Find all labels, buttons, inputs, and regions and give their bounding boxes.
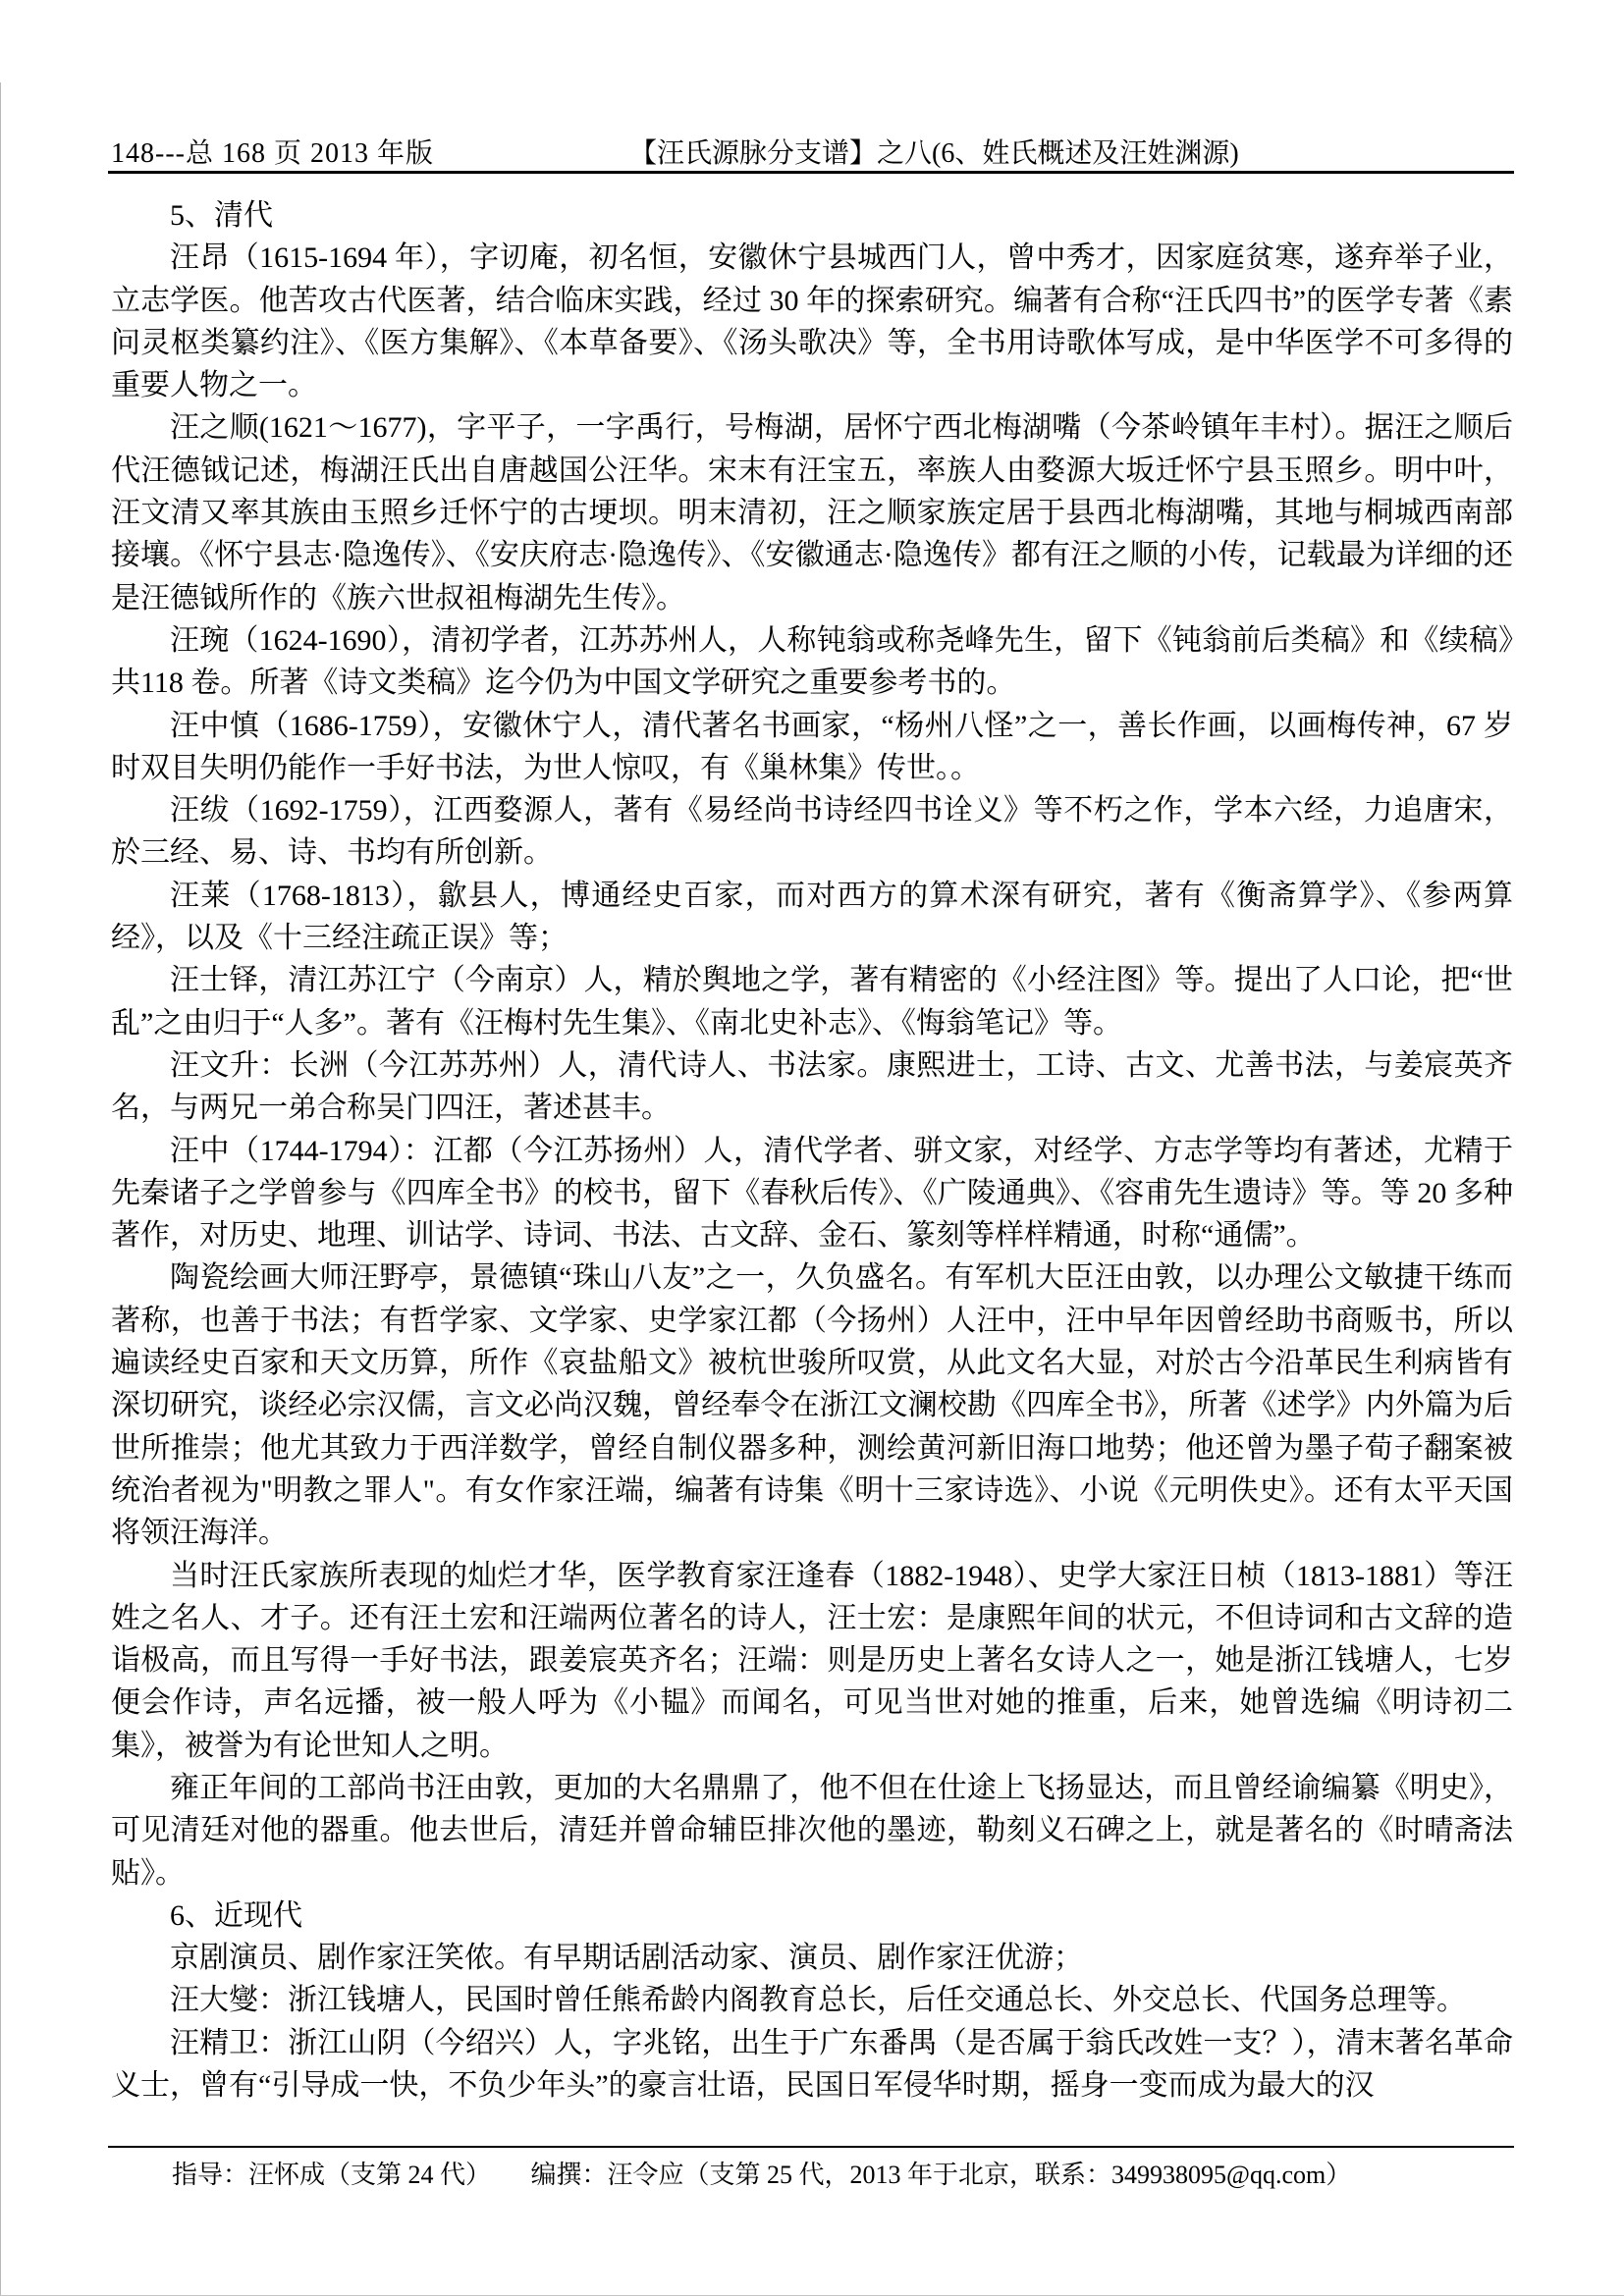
paragraph: 汪莱（1768-1813），歙县人，博通经史百家，而对西方的算术深有研究，著有《… [111,875,1513,960]
page-header: 148---总 168 页 2013 年版 【汪氏源脉分支谱】之八(6、姓氏概述… [111,139,1513,173]
paragraph: 汪文升：长洲（今江苏苏州）人，清代诗人、书法家。康熙进士，工诗、古文、尤善书法，… [111,1044,1513,1130]
page-footer: 指导：汪怀成（支第 24 代） 编撰：汪令应（支第 25 代，2013 年于北京… [111,2158,1513,2193]
paragraph: 当时汪氏家族所表现的灿烂才华，医学教育家汪逢春（1882-1948）、史学大家汪… [111,1555,1513,1767]
paragraph: 汪琬（1624-1690），清初学者，江苏苏州人，人称钝翁或称尧峰先生，留下《钝… [111,619,1513,705]
section-heading: 6、近现代 [111,1895,1513,1937]
header-rule [108,171,1514,174]
paragraph: 汪大燮：浙江钱塘人，民国时曾任熊希龄内阁教育总长，后任交通总长、外交总长、代国务… [111,1979,1513,2021]
paragraph: 陶瓷绘画大师汪野亭，景德镇“珠山八友”之一，久负盛名。有军机大臣汪由敦，以办理公… [111,1256,1513,1554]
paragraph: 汪之顺(1621～1677)，字平子，一字禹行，号梅湖，居怀宁西北梅湖嘴（今茶岭… [111,406,1513,618]
footer-rule [108,2146,1514,2148]
footer-advisor-credit: 指导：汪怀成（支第 24 代） [172,2161,491,2189]
paragraph: 汪绂（1692-1759），江西婺源人，著有《易经尚书诗经四书诠义》等不朽之作，… [111,789,1513,875]
document-page: 148---总 168 页 2013 年版 【汪氏源脉分支谱】之八(6、姓氏概述… [0,0,1624,2296]
document-body: 5、清代汪昂（1615-1694 年），字讱庵，初名恒，安徽休宁县城西门人，曾中… [111,194,1513,2107]
paragraph: 雍正年间的工部尚书汪由敦，更加的大名鼎鼎了，他不但在仕途上飞扬显达，而且曾经谕编… [111,1767,1513,1895]
paragraph: 汪士铎，清江苏江宁（今南京）人，精於舆地之学，著有精密的《小经注图》等。提出了人… [111,959,1513,1044]
paragraph: 京剧演员、剧作家汪笑侬。有早期话剧活动家、演员、剧作家汪优游； [111,1937,1513,1979]
paragraph: 汪昂（1615-1694 年），字讱庵，初名恒，安徽休宁县城西门人，曾中秀才，因… [111,237,1513,406]
document-title: 【汪氏源脉分支谱】之八(6、姓氏概述及汪姓渊源) [629,139,1239,169]
paragraph: 汪中（1744-1794）：江都（今江苏扬州）人，清代学者、骈文家，对经学、方志… [111,1130,1513,1257]
paragraph: 汪中慎（1686-1759），安徽休宁人，清代著名书画家，“杨州八怪”之一，善长… [111,705,1513,790]
footer-editor-credit: 编撰：汪令应（支第 25 代，2013 年于北京，联系：349938095@qq… [531,2161,1352,2189]
scan-edge-left [0,82,1,2296]
page-number-text: 148---总 168 页 2013 年版 [111,139,434,169]
section-heading: 5、清代 [111,194,1513,237]
paragraph: 汪精卫：浙江山阴（今绍兴）人，字兆铭，出生于广东番禺（是否属于翁氏改姓一支？），… [111,2022,1513,2108]
